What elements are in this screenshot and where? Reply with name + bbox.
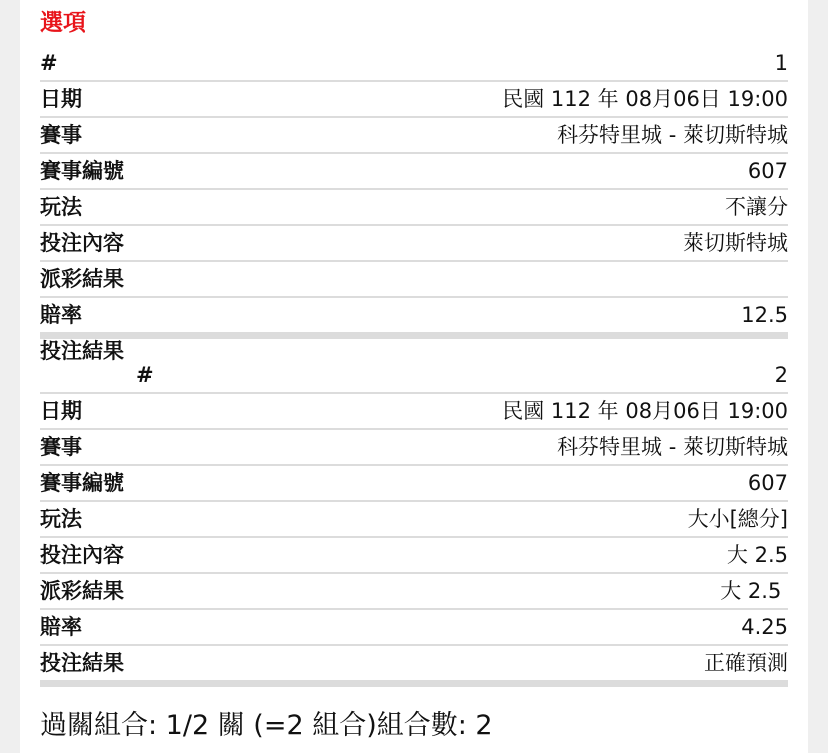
match-id-value: 607 xyxy=(748,156,788,186)
payout-result-label: 派彩結果 xyxy=(40,264,124,294)
match-value: 科芬特里城 - 萊切斯特城 xyxy=(557,432,788,462)
selection-1-match-id-row: 賽事編號 607 xyxy=(40,154,788,190)
selection-2-match-row: 賽事 科芬特里城 - 萊切斯特城 xyxy=(40,430,788,466)
match-label: 賽事 xyxy=(40,120,82,150)
pick-label: 投注內容 xyxy=(40,228,124,258)
match-label: 賽事 xyxy=(40,432,82,462)
selection-2-match-id-row: 賽事編號 607 xyxy=(40,466,788,502)
pick-label: 投注內容 xyxy=(40,540,124,570)
selection-1-date-row: 日期 民國 112 年 08月06日 19:00 xyxy=(40,82,788,118)
selection-1-payout-result-row: 派彩結果 xyxy=(40,262,788,298)
payout-result-label: 派彩結果 xyxy=(40,576,124,606)
date-value: 民國 112 年 08月06日 19:00 xyxy=(502,396,788,426)
bet-type-value: 大小[總分] xyxy=(688,504,788,534)
match-id-value: 607 xyxy=(748,468,788,498)
bet-result-label: 投注結果 xyxy=(40,648,124,678)
number-value: 1 xyxy=(775,48,788,78)
pick-value: 萊切斯特城 xyxy=(683,228,788,258)
odds-label: 賠率 xyxy=(40,612,82,642)
selection-2-date-row: 日期 民國 112 年 08月06日 19:00 xyxy=(40,394,788,430)
number-label: # xyxy=(136,360,154,390)
match-id-label: 賽事編號 xyxy=(40,468,124,498)
pick-value: 大 2.5 xyxy=(727,540,788,570)
odds-value: 4.25 xyxy=(741,612,788,642)
selection-1-pick-row: 投注內容 萊切斯特城 xyxy=(40,226,788,262)
parlay-summary: 過關組合: 1/2 關 (=2 組合)組合數: 2 xyxy=(40,706,493,746)
bet-type-value: 不讓分 xyxy=(725,192,788,222)
selection-1-bet-type-row: 玩法 不讓分 xyxy=(40,190,788,226)
payout-result-value: 大 2.5 xyxy=(720,576,788,606)
date-label: 日期 xyxy=(40,84,82,114)
odds-value: 12.5 xyxy=(741,300,788,330)
number-label: # xyxy=(40,48,58,78)
selection-2-bet-result-row: 投注結果 正確預測 xyxy=(40,646,788,687)
bet-detail-panel: 選項 # 1 日期 民國 112 年 08月06日 19:00 賽事 科芬特里城… xyxy=(20,0,808,753)
number-value: 2 xyxy=(775,360,788,390)
selection-2-odds-row: 賠率 4.25 xyxy=(40,610,788,646)
match-id-label: 賽事編號 xyxy=(40,156,124,186)
bet-result-value: 正確預測 xyxy=(704,648,788,678)
section-title: 選項 xyxy=(40,8,86,38)
selection-1-number-row: # 1 xyxy=(40,46,788,82)
selection-2-bet-type-row: 玩法 大小[總分] xyxy=(40,502,788,538)
bet-type-label: 玩法 xyxy=(40,192,82,222)
bet-type-label: 玩法 xyxy=(40,504,82,534)
odds-label: 賠率 xyxy=(40,300,82,330)
selection-2-payout-result-row: 派彩結果 大 2.5 xyxy=(40,574,788,610)
selection-2-pick-row: 投注內容 大 2.5 xyxy=(40,538,788,574)
date-value: 民國 112 年 08月06日 19:00 xyxy=(502,84,788,114)
date-label: 日期 xyxy=(40,396,82,426)
selection-1-match-row: 賽事 科芬特里城 - 萊切斯特城 xyxy=(40,118,788,154)
selection-2-number-row: # 2 xyxy=(40,358,788,394)
match-value: 科芬特里城 - 萊切斯特城 xyxy=(557,120,788,150)
selection-1-odds-row: 賠率 12.5 xyxy=(40,298,788,339)
